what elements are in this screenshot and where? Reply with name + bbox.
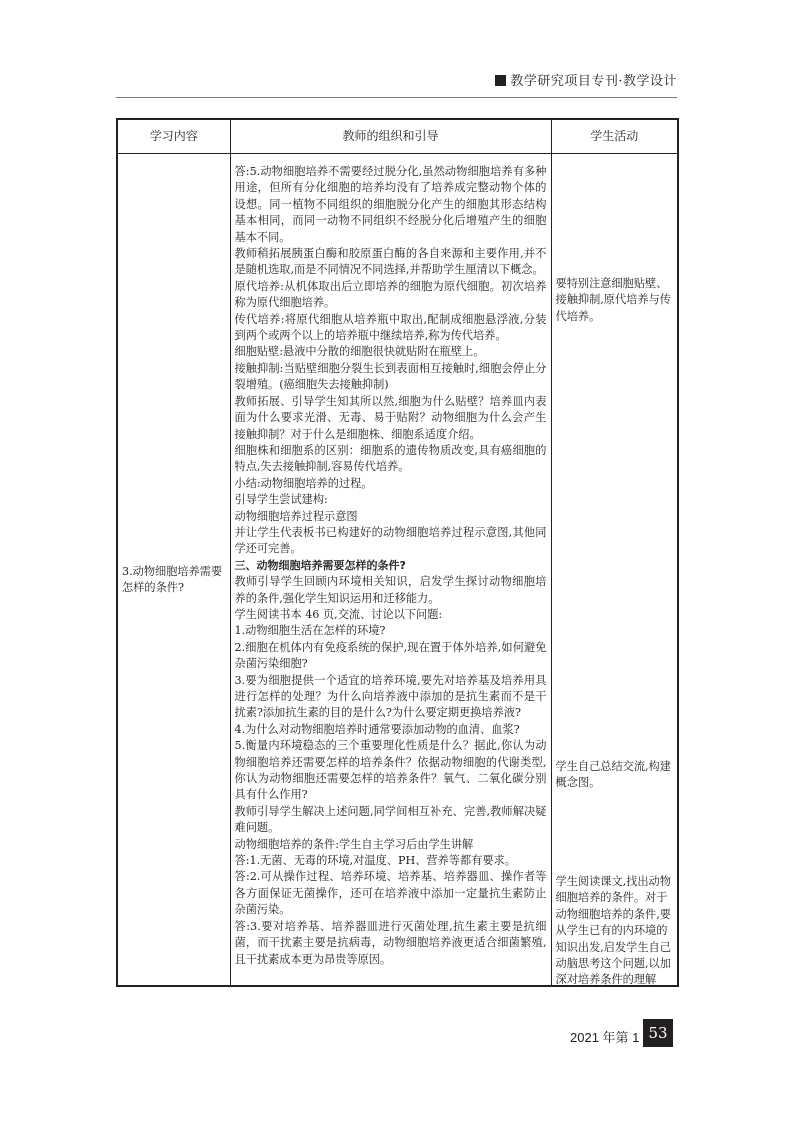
header-teacher-guidance: 教师的组织和引导 — [230, 119, 551, 154]
question: 4.为什么对动物细胞培养时通常要添加动物的血清、血浆? — [235, 722, 547, 738]
paragraph: 小结:动物细胞培养的过程。 — [235, 476, 547, 492]
student-activity-cell: 要特别注意细胞贴壁、接触抑制,原代培养与传代培养。 学生自己总结交流,构建概念图… — [551, 154, 678, 987]
student-activity-note: 学生阅读课文,找出动物细胞培养的条件。对于动物细胞培养的条件,要从学生已有的内环… — [556, 874, 676, 989]
question: 2.细胞在机体内有免疫系统的保护,现在置于体外培养,如何避免杂菌污染细胞? — [235, 640, 547, 673]
answer: 答:2.可从操作过程、培养环境、培养基、培养器皿、操作者等各方面保证无菌操作，还… — [235, 869, 547, 918]
paragraph: 教师稍拓展胰蛋白酶和胶原蛋白酶的各自来源和主要作用,并不是随机选取,而是不同情况… — [235, 246, 547, 279]
paragraph: 学生阅读书本 46 页,交流、讨论以下问题: — [235, 607, 547, 623]
running-head: 教学研究项目专刊·教学设计 — [116, 70, 677, 98]
header-student-activity: 学生活动 — [551, 119, 678, 154]
header-learning-content: 学习内容 — [117, 119, 230, 154]
question: 3.要为细胞提供一个适宜的培养环境,要先对培养基及培养用具进行怎样的处理？为什么… — [235, 673, 547, 722]
learning-content-cell: 3.动物细胞培养需要怎样的条件? — [117, 154, 230, 987]
paragraph: 教师拓展、引导学生知其所以然,细胞为什么贴壁？培养皿内表面为什么要求光滑、无毒、… — [235, 394, 547, 443]
answer: 答:1.无菌、无毒的环境,对温度、PH、营养等都有要求。 — [235, 853, 547, 869]
student-activity-note: 学生自己总结交流,构建概念图。 — [556, 759, 676, 792]
paragraph: 细胞株和细胞系的区别：细胞系的遗传物质改变,具有癌细胞的特点,失去接触抑制,容易… — [235, 443, 547, 476]
student-activity-note: 要特别注意细胞贴壁、接触抑制,原代培养与传代培养。 — [556, 276, 676, 325]
paragraph: 动物细胞培养过程示意图 — [235, 509, 547, 525]
learning-topic: 3.动物细胞培养需要怎样的条件? — [122, 564, 226, 597]
paragraph: 动物细胞培养的条件:学生自主学习后由学生讲解 — [235, 837, 547, 853]
lesson-plan-table: 学习内容 教师的组织和引导 学生活动 3.动物细胞培养需要怎样的条件? 答:5.… — [116, 118, 679, 987]
paragraph: 接触抑制:当贴壁细胞分裂生长到表面相互接触时,细胞会停止分裂增殖。(癌细胞失去接… — [235, 361, 547, 394]
page-number: 53 — [643, 1019, 673, 1047]
table-row: 3.动物细胞培养需要怎样的条件? 答:5.动物细胞培养不需要经过脱分化,虽然动物… — [117, 154, 678, 987]
paragraph: 传代培养:将原代细胞从培养瓶中取出,配制成细胞悬浮液,分装到两个或两个以上的培养… — [235, 312, 547, 345]
paragraph: 引导学生尝试建构: — [235, 492, 547, 508]
paragraph: 原代培养:从机体取出后立即培养的细胞为原代细胞。初次培养称为原代细胞培养。 — [235, 279, 547, 312]
paragraph: 答:5.动物细胞培养不需要经过脱分化,虽然动物细胞培养有多种用途，但所有分化细胞… — [235, 164, 547, 246]
paragraph: 细胞贴壁:悬液中分散的细胞很快就贴附在瓶壁上。 — [235, 344, 547, 360]
section-heading: 三、动物细胞培养需要怎样的条件? — [235, 558, 547, 574]
question: 5.衡量内环境稳态的三个重要理化性质是什么？据此,你认为动物细胞培养还需要怎样的… — [235, 738, 547, 804]
paragraph: 并让学生代表板书已构建好的动物细胞培养过程示意图,其他同学还可完善。 — [235, 525, 547, 558]
black-square-icon — [495, 75, 506, 86]
answer: 答:3.要对培养基、培养器皿进行灭菌处理,抗生素主要是抗细菌，而干扰素主要是抗病… — [235, 919, 547, 968]
table-header-row: 学习内容 教师的组织和引导 学生活动 — [117, 119, 678, 154]
teacher-guidance-cell: 答:5.动物细胞培养不需要经过脱分化,虽然动物细胞培养有多种用途，但所有分化细胞… — [230, 154, 551, 987]
paragraph: 教师引导学生解决上述问题,同学间相互补充、完善,教师解决疑难问题。 — [235, 804, 547, 837]
question: 1.动物细胞生活在怎样的环境? — [235, 623, 547, 639]
running-head-title: 教学研究项目专刊·教学设计 — [510, 74, 677, 89]
paragraph: 教师引导学生回顾内环境相关知识，启发学生探讨动物细胞培养的条件,强化学生知识运用… — [235, 574, 547, 607]
